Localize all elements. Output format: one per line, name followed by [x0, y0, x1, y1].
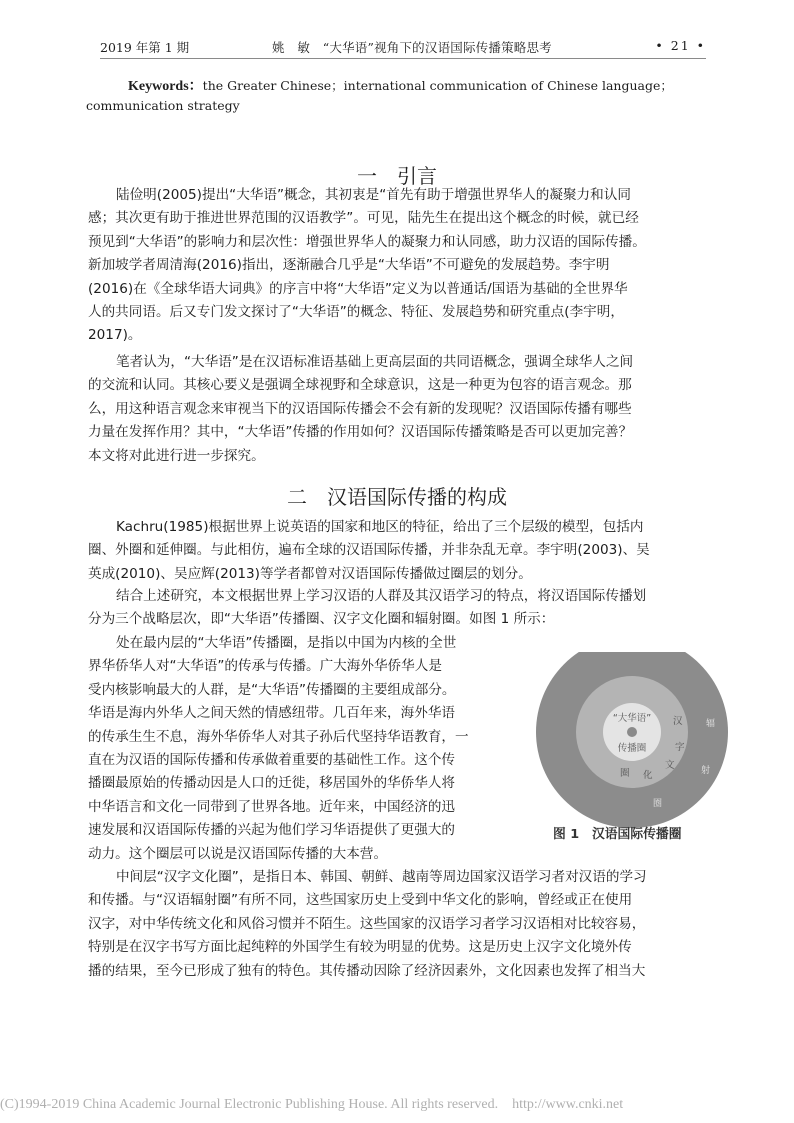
- running-title: 姚 敏 “大华语”视角下的汉语国际传播策略思考: [272, 38, 552, 56]
- paragraph-3: Kachru(1985)根据世界上说英语的国家和地区的特征，给出了三个层级的模型…: [88, 516, 708, 586]
- inner-label-bottom: 传播圈: [618, 742, 647, 754]
- circle-diagram: “大华语” 传播圈 汉 字 文 化 圈 辐 射 圈: [532, 652, 732, 852]
- paragraph-1: 陆俭明(2005)提出“大华语”概念，其初衷是“首先有助于增强世界华人的凝聚力和…: [88, 184, 708, 348]
- paragraph-5: 处在最内层的“大华语”传播圈，是指以中国为内核的全世 界华侨华人对“大华语”的传…: [88, 632, 520, 866]
- text-line: 预见到“大华语”的影响力和层次性：增强世界华人的凝聚力和认同感，助力汉语的国际传…: [88, 231, 708, 254]
- text-line: 处在最内层的“大华语”传播圈，是指以中国为内核的全世: [88, 632, 520, 655]
- text-line: 播的结果，至今已形成了独有的特色。其传播动因除了经济因素外，文化因素也发挥了相当…: [88, 960, 708, 983]
- text-line: 受内核影响最大的人群，是“大华语”传播圈的主要组成部分。: [88, 679, 520, 702]
- middle-char: 文: [665, 759, 675, 771]
- middle-char: 汉: [673, 716, 683, 727]
- outer-char: 圈: [653, 798, 662, 809]
- keywords-line-1: Keywords：the Greater Chinese；internation…: [128, 74, 688, 99]
- text-line: 界华侨华人对“大华语”的传承与传播。广大海外华侨华人是: [88, 655, 520, 678]
- paragraph-4: 结合上述研究，本文根据世界上学习汉语的人群及其汉语学习的特点，将汉语国际传播划 …: [88, 585, 708, 632]
- core-dot: [627, 727, 637, 737]
- text-line: 圈、外圈和延伸圈。与此相仿，遍布全球的汉语国际传播，并非杂乱无章。李宇明(200…: [88, 539, 708, 562]
- text-line: 动力。这个圈层可以说是汉语国际传播的大本营。: [88, 843, 520, 866]
- text-line: (2016)在《全球华语大词典》的序言中将“大华语”定义为以普通话/国语为基础的…: [88, 278, 708, 301]
- outer-char: 辐: [706, 717, 715, 729]
- text-line: 的传承生生不息，海外华侨华人对其子孙后代坚持华语教育，一: [88, 726, 520, 749]
- section-heading-composition: 二 汉语国际传播的构成: [0, 481, 794, 510]
- text-line: 人的共同语。后又专门发文探讨了“大华语”的概念、特征、发展趋势和研究重点(李宇明…: [88, 301, 708, 324]
- issue-label: 2019 年第 1 期: [100, 38, 189, 56]
- text-line: 和传播。与“汉语辐射圈”有所不同，这些国家历史上受到中华文化的影响，曾经或正在使…: [88, 889, 708, 912]
- text-line: 的交流和认同。其核心要义是强调全球视野和全球意识，这是一种更为包容的语言观念。那: [88, 374, 708, 397]
- copyright-text: (C)1994-2019 China Academic Journal Elec…: [0, 1097, 498, 1112]
- keywords-line-2: communication strategy: [86, 98, 240, 113]
- text-line: 力量在发挥作用？其中，“大华语”传播的作用如何？汉语国际传播策略是否可以更加完善…: [88, 421, 708, 444]
- text-line: 么，用这种语言观念来审视当下的汉语国际传播会不会有新的发现呢？汉语国际传播有哪些: [88, 398, 708, 421]
- outer-char: 射: [701, 764, 710, 776]
- middle-char: 圈: [620, 768, 630, 779]
- footer-url: http://www.cnki.net: [512, 1097, 623, 1112]
- text-line: 汉字，对中华传统文化和风俗习惯并不陌生。这些国家的汉语学习者学习汉语相对比较容易…: [88, 913, 708, 936]
- text-line: 结合上述研究，本文根据世界上学习汉语的人群及其汉语学习的特点，将汉语国际传播划: [88, 585, 708, 608]
- inner-label-top: “大华语”: [613, 712, 651, 724]
- text-line: 英成(2010)、吴应辉(2013)等学者都曾对汉语国际传播做过圈层的划分。: [88, 563, 708, 586]
- page-number: • 21 •: [655, 38, 706, 53]
- text-line: 新加坡学者周清海(2016)指出，逐渐融合几乎是“大华语”不可避免的发展趋势。李…: [88, 254, 708, 277]
- text-line: 速发展和汉语国际传播的兴起为他们学习华语提供了更强大的: [88, 819, 520, 842]
- text-line: 感；其次更有助于推进世界范围的汉语教学”。可见，陆先生在提出这个概念的时候，就已…: [88, 207, 708, 230]
- text-line: 播圈最原始的传播动因是人口的迁徙，移居国外的华侨华人将: [88, 772, 520, 795]
- figure-caption: 图 1 汉语国际传播圈: [553, 823, 682, 842]
- middle-char: 字: [675, 741, 685, 753]
- middle-char: 化: [643, 769, 653, 781]
- text-line: 本文将对此进行进一步探究。: [88, 445, 708, 468]
- text-line: 中间层“汉字文化圈”，是指日本、韩国、朝鲜、越南等周边国家汉语学习者对汉语的学习: [88, 866, 708, 889]
- keywords-label: Keywords：: [128, 79, 203, 94]
- paragraph-6: 中间层“汉字文化圈”，是指日本、韩国、朝鲜、越南等周边国家汉语学习者对汉语的学习…: [88, 866, 708, 983]
- text-line: 陆俭明(2005)提出“大华语”概念，其初衷是“首先有助于增强世界华人的凝聚力和…: [88, 184, 708, 207]
- copyright-footer: (C)1994-2019 China Academic Journal Elec…: [0, 1097, 794, 1113]
- running-header: 2019 年第 1 期 姚 敏 “大华语”视角下的汉语国际传播策略思考 • 21…: [100, 32, 706, 59]
- text-line: 2017)。: [88, 324, 708, 347]
- keywords-text: the Greater Chinese；international commun…: [203, 78, 673, 93]
- text-line: 华语是海内外华人之间天然的情感纽带。几百年来，海外华语: [88, 702, 520, 725]
- text-line: Kachru(1985)根据世界上说英语的国家和地区的特征，给出了三个层级的模型…: [88, 516, 708, 539]
- text-line: 中华语言和文化一同带到了世界各地。近年来，中国经济的迅: [88, 796, 520, 819]
- paragraph-2: 笔者认为，“大华语”是在汉语标准语基础上更高层面的共同语概念，强调全球华人之间 …: [88, 351, 708, 468]
- text-line: 直在为汉语的国际传播和传承做着重要的基础性工作。这个传: [88, 749, 520, 772]
- text-line: 分为三个战略层次，即“大华语”传播圈、汉字文化圈和辐射圈。如图 1 所示：: [88, 608, 708, 631]
- figure-concentric-circles: “大华语” 传播圈 汉 字 文 化 圈 辐 射 圈: [532, 652, 732, 852]
- text-line: 特别是在汉字书写方面比起纯粹的外国学生有较为明显的优势。这是历史上汉字文化境外传: [88, 936, 708, 959]
- text-line: 笔者认为，“大华语”是在汉语标准语基础上更高层面的共同语概念，强调全球华人之间: [88, 351, 708, 374]
